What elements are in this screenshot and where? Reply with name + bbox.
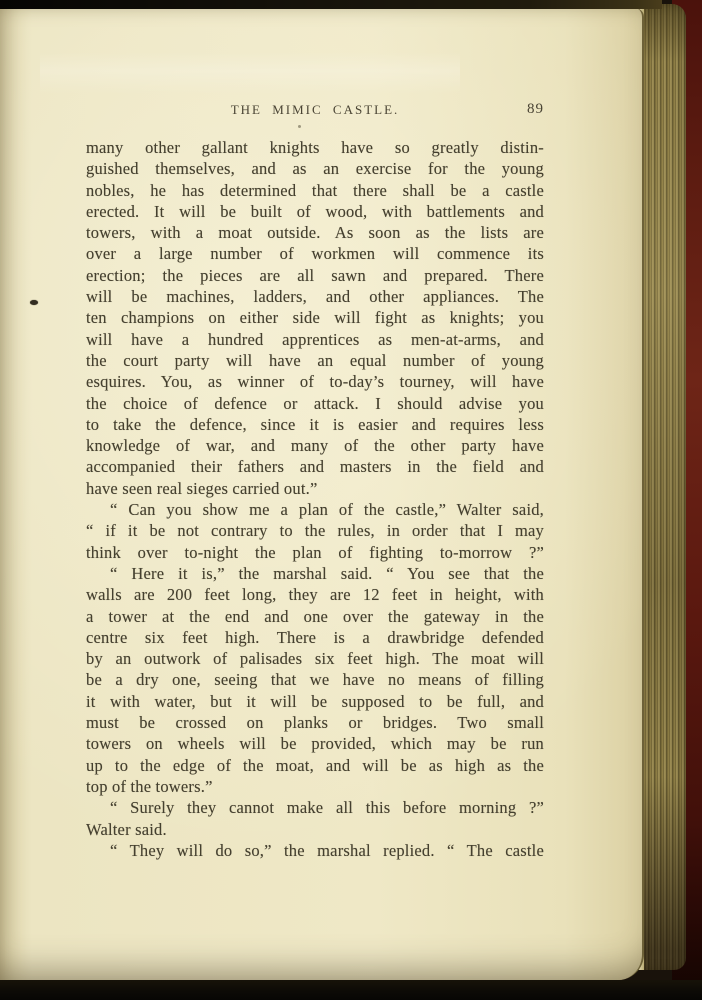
text-line: towers on wheels will be provided, which… — [86, 733, 544, 754]
scanned-book-photo: THE MIMIC CASTLE. 89 many other gallant … — [0, 0, 702, 1000]
text-line: “ Can you show me a plan of the castle,”… — [86, 499, 544, 520]
page-header: THE MIMIC CASTLE. 89 — [86, 102, 544, 122]
book-cover-bottom-edge — [0, 980, 702, 1000]
text-line: it with water, but it will be supposed t… — [86, 691, 544, 712]
text-line: Walter said. — [86, 819, 544, 840]
page-text: many other gallant knights have so great… — [86, 137, 544, 861]
text-line: must be crossed on planks or bridges. Tw… — [86, 712, 544, 733]
text-line: a tower at the end and one over the gate… — [86, 606, 544, 627]
book-fore-edge-pages — [638, 4, 686, 970]
text-line: by an outwork of palisades six feet high… — [86, 648, 544, 669]
text-line: the court party will have an equal numbe… — [86, 350, 544, 371]
text-line: erected. It will be built of wood, with … — [86, 201, 544, 222]
text-line: “ They will do so,” the marshal replied.… — [86, 840, 544, 861]
text-line: be a dry one, seeing that we have no mea… — [86, 669, 544, 690]
text-line: ten champions on either side will fight … — [86, 307, 544, 328]
text-line: “ Here it is,” the marshal said. “ You s… — [86, 563, 544, 584]
text-line: the choice of defence or attack. I shoul… — [86, 393, 544, 414]
text-line: think over to-night the plan of fighting… — [86, 542, 544, 563]
text-line: up to the edge of the moat, and will be … — [86, 755, 544, 776]
text-line: will be machines, ladders, and other app… — [86, 286, 544, 307]
text-line: have seen real sieges carried out.” — [86, 478, 544, 499]
text-line: “ if it be not contrary to the rules, in… — [86, 520, 544, 541]
text-line: knowledge of war, and many of the other … — [86, 435, 544, 456]
text-line: esquires. You, as winner of to-day’s tou… — [86, 371, 544, 392]
text-line: will have a hundred apprentices as men-a… — [86, 329, 544, 350]
text-line: to take the defence, since it is easier … — [86, 414, 544, 435]
text-line: walls are 200 feet long, they are 12 fee… — [86, 584, 544, 605]
print-dot — [298, 125, 301, 128]
text-line: towers, with a moat outside. As soon as … — [86, 222, 544, 243]
text-line: accompanied their fathers and masters in… — [86, 456, 544, 477]
text-line: erection; the pieces are all sawn and pr… — [86, 265, 544, 286]
text-line: “ Surely they cannot make all this befor… — [86, 797, 544, 818]
ink-speck — [30, 300, 38, 305]
page-number: 89 — [527, 101, 544, 118]
text-line: guished themselves, and as an exercise f… — [86, 158, 544, 179]
text-line: centre six feet high. There is a drawbri… — [86, 627, 544, 648]
text-line: top of the towers.” — [86, 776, 544, 797]
book-page: THE MIMIC CASTLE. 89 many other gallant … — [0, 8, 644, 980]
text-line: nobles, he has determined that there sha… — [86, 180, 544, 201]
book-cover-top-edge — [0, 0, 662, 9]
text-line: many other gallant knights have so great… — [86, 137, 544, 158]
text-line: over a large number of workmen will comm… — [86, 243, 544, 264]
running-title: THE MIMIC CASTLE. — [86, 102, 544, 118]
